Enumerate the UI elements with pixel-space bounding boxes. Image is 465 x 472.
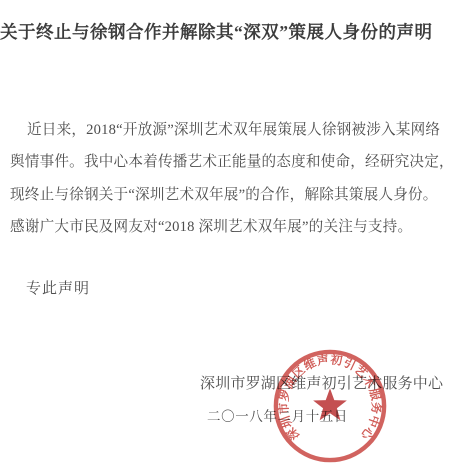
- statement-body: 近日来，2018“开放源”深圳艺术双年展策展人徐钢被涉入某网络 舆情事件。我中心…: [10, 114, 465, 244]
- body-line-2: 舆情事件。我中心本着传播艺术正能量的态度和使命，经研究决定，: [10, 146, 465, 178]
- seal-ring-text: 深圳市罗湖区维声初引艺术服务中心: [276, 352, 383, 443]
- statement-document: 关于终止与徐钢合作并解除其“深双”策展人身份的声明 近日来，2018“开放源”深…: [0, 0, 465, 472]
- signature-organization: 深圳市罗湖区维声初引艺术服务中心: [200, 372, 443, 393]
- document-title: 关于终止与徐钢合作并解除其“深双”策展人身份的声明: [0, 19, 429, 44]
- signature-date: 二〇一八年二月十五日: [207, 405, 348, 425]
- body-line-3: 现终止与徐钢关于“深圳艺术双年展”的合作，解除其策展人身份。: [10, 179, 465, 211]
- seal-text: 深圳市罗湖区维声初引艺术服务中心: [276, 352, 383, 443]
- closing-phrase: 专此声明: [26, 277, 90, 298]
- body-line-4: 感谢广大市民及网友对“2018 深圳艺术双年展”的关注与支持。: [10, 211, 465, 243]
- body-line-1: 近日来，2018“开放源”深圳艺术双年展策展人徐钢被涉入某网络: [10, 114, 465, 146]
